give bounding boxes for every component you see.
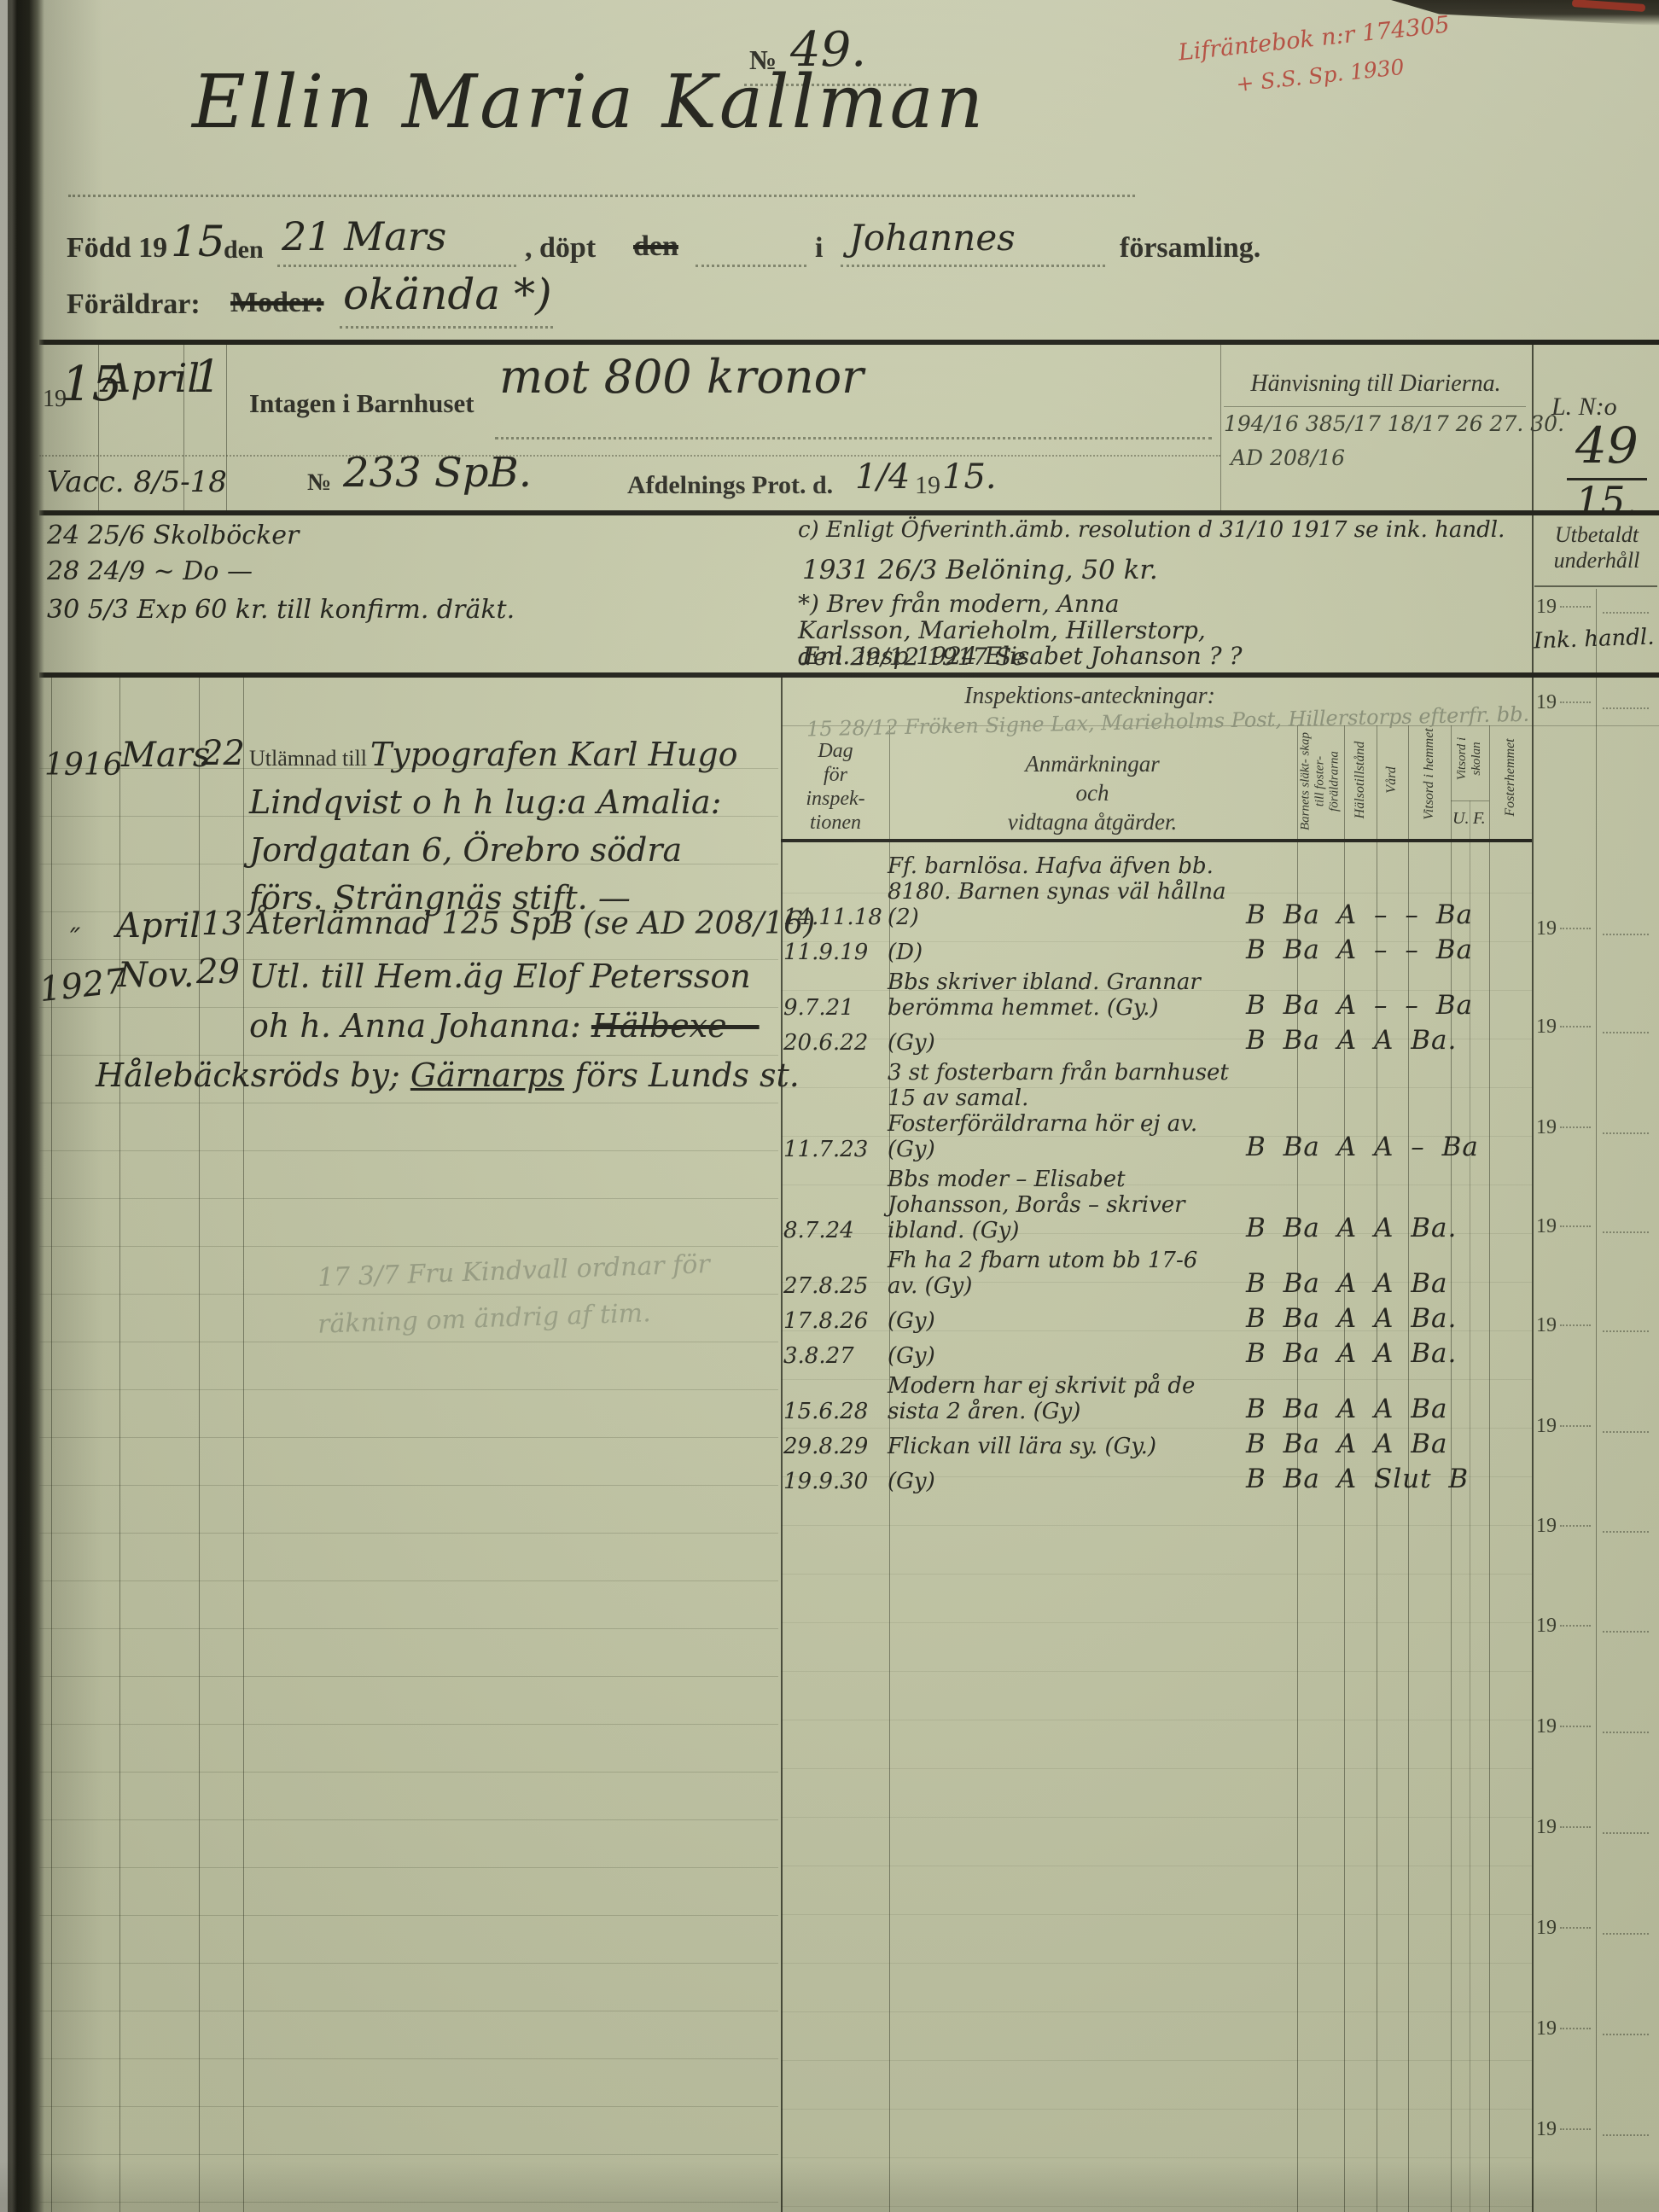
placement1-year: 1916 (44, 748, 123, 783)
paid-year-stub: 19 (1536, 1016, 1656, 1039)
red-archive-note-line1: Lifräntebok n:r 174305 (1177, 11, 1451, 66)
placement3-month: Nov. (118, 956, 195, 995)
placement1-month: Mars (121, 736, 210, 775)
inspection-row: 9.7.21Bbs skriver ibland. Grannar berömm… (783, 969, 1534, 1021)
born-label: Född 19 (67, 232, 167, 265)
inspection-row: 15.6.28Modern har ej skrivit på de sista… (783, 1373, 1534, 1424)
parents-value: okända *) (343, 270, 552, 319)
grid-line (1224, 406, 1526, 407)
lno-value: 49 (1575, 416, 1639, 474)
pencil-note-line2: räkning om ändrig af tim. (317, 1298, 652, 1340)
paid-year-stub: 19 (1536, 596, 1656, 619)
ledger-page: Lifräntebok n:r 174305 + S.S. Sp. 1930 №… (0, 0, 1659, 2212)
inspection-row: 8.7.24Bbs moder – Elisabet Johansson, Bo… (783, 1167, 1534, 1243)
paid-year-stub: 19 (1536, 1415, 1656, 1438)
placement1-text: Utlämnad till Typografen Karl Hugo Lindq… (249, 736, 795, 917)
placement3-struck-word: Hälbexe— (591, 1007, 760, 1045)
inspection-row: 11.7.233 st fosterbarn från barnhuset 15… (783, 1060, 1534, 1162)
grid-line (1451, 800, 1489, 801)
col-header-grade-school: Vitsord i skolan (1455, 722, 1484, 795)
parents-label: Föräldrar: (67, 288, 201, 321)
paid-header-line1: Utbetaldt (1536, 522, 1657, 548)
inspection-rows: 14.11.18Ff. barnlösa. Hafva äfven bb. 81… (783, 853, 1534, 1499)
diary-box-title: Hänvisning till Diarierna. (1224, 370, 1528, 398)
parents-moder-struck: Moder: (230, 287, 324, 319)
placement3-day: 29 (196, 952, 240, 992)
col-header-grade-home: Vitsord i hemmet (1422, 719, 1437, 829)
ink-handl-note: Ink. handl. (1534, 625, 1655, 655)
placement2-text: Återlämnad 125 SpB (se AD 208/16) (249, 906, 815, 941)
grid-line (1596, 589, 1597, 2212)
parish-label: församling. (1120, 232, 1260, 265)
child-name: Ellin Maria Kallman (192, 60, 1199, 145)
col-header-health: Hälsotillstånd (1353, 725, 1368, 835)
grid-line (51, 678, 52, 2212)
lno-year: 15. (1575, 478, 1638, 524)
diary-refs-line1: 194/16 385/17 18/17 26 27. 30. (1224, 411, 1564, 436)
col-header-inspection-day: Dag för inspek- tionen (783, 739, 888, 835)
baptized-label: , döpt (525, 232, 596, 265)
born-year-hand: 15 (171, 217, 225, 266)
placement1-day: 22 (201, 734, 245, 773)
placement1-label: Utlämnad till (249, 746, 367, 771)
col-header-fosterhome: Fosterhemmet (1503, 722, 1518, 833)
note-left-1: 24 25/6 Skolböcker (47, 521, 299, 550)
note-left-2: 28 24/9 ~ Do — (47, 556, 253, 586)
journal-numero-sign: № (307, 469, 331, 497)
note-left-3: 30 5/3 Exp 60 kr. till konfirm. dräkt. (47, 595, 515, 625)
placement2-year-ditto: ˝ (65, 923, 79, 956)
vaccination-note: Vacc. 8/5-18 (47, 465, 227, 499)
grid-line (39, 455, 1220, 457)
protocol-year-printed: 19 (915, 471, 940, 500)
paid-column-header: Utbetaldt underhåll (1536, 522, 1657, 573)
col-header-remarks: Anmärkningar och vidtagna åtgärder. (896, 749, 1289, 836)
baptized-den-struck: den (633, 230, 678, 263)
inspection-row: 3.8.27(Gy)B Ba A A Ba. (783, 1338, 1534, 1369)
placement3-year: 1927 (38, 962, 128, 1010)
placement3-line2: oh h. Anna Johanna: Hälbexe— (249, 1007, 760, 1045)
placement3-margin-word: Hålebäck (96, 1057, 251, 1094)
paid-year-stub: 19 (1536, 1816, 1656, 1839)
inspection-row: 17.8.26(Gy)B Ba A A Ba. (783, 1303, 1534, 1334)
paid-year-stub: 19 (1536, 2017, 1656, 2040)
name-underline (68, 195, 1135, 197)
placement3-line3: Hålebäcksröds by; Gärnarps förs Lunds st… (96, 1057, 800, 1094)
placement3-parish-underlined: Gärnarps (410, 1057, 564, 1094)
baptized-underline (696, 265, 806, 267)
rule-top-maintable (39, 672, 1659, 678)
den-label: den (224, 236, 264, 265)
intake-label: Intagen i Barnhuset (249, 388, 474, 419)
inspection-title: Inspektions-anteckningar: (964, 683, 1215, 710)
inspection-row: 27.8.25Fh ha 2 fbarn utom bb 17-6 av. (G… (783, 1248, 1534, 1299)
inspection-row: 14.11.18Ff. barnlösa. Hafva äfven bb. 81… (783, 853, 1534, 930)
paid-year-stub: 19 (1536, 1917, 1656, 1940)
paid-year-stub: 19 (1536, 1715, 1656, 1738)
red-archive-note-line2: + S.S. Sp. 1930 (1235, 55, 1406, 97)
intake-month: April (102, 355, 200, 401)
grid-line (243, 678, 244, 2212)
col-header-u: U. (1452, 809, 1469, 829)
col-header-relationship: Barnets släkt- skap till foster- föräldr… (1299, 726, 1342, 837)
book-binding-edge (0, 0, 44, 2212)
parish-underline (841, 265, 1105, 267)
paid-year-stub: 19 (1536, 1116, 1656, 1139)
note-right-4: Enl. insp 1924 Elisabet Johanson ? ? (802, 642, 1243, 670)
parents-underline (340, 326, 553, 329)
paid-year-stub: 19 (1536, 691, 1656, 714)
paid-year-stub: 19 (1536, 917, 1656, 940)
note-right-2: 1931 26/3 Belöning, 50 kr. (802, 555, 1158, 585)
paid-year-stub: 19 (1536, 1515, 1656, 1538)
inspection-row: 19.9.30(Gy)B Ba A Slut B (783, 1464, 1534, 1494)
placement2-day: 13 (201, 905, 242, 942)
parish-name: Johannes (849, 217, 1016, 259)
born-date: 21 Mars (282, 213, 446, 259)
inspection-row: 11.9.19(D)B Ba A – – Ba (783, 934, 1534, 965)
intake-day: 1 (193, 352, 221, 403)
grid-line (1220, 345, 1221, 510)
inspection-row: 29.8.29Flickan vill lära sy. (Gy.)B Ba A… (783, 1429, 1534, 1459)
diary-refs-line2: AD 208/16 (1231, 445, 1345, 470)
paid-year-stub: 19 (1536, 1615, 1656, 1638)
protocol-date: 1/4 (855, 457, 910, 497)
note-right-1: c) Enligt Öfverinth.ämb. resolution d 31… (798, 517, 1523, 543)
journal-number: 233 SpB. (343, 449, 532, 497)
col-header-care: Vård (1384, 725, 1400, 835)
rule-under-headers (781, 839, 1532, 842)
paid-header-line2: underhåll (1536, 548, 1657, 573)
placement3-line1: Utl. till Hem.äg Elof Petersson (249, 958, 751, 995)
protocol-year-hand: 15. (942, 457, 997, 497)
born-date-underline (277, 265, 516, 267)
intake-value: mot 800 kronor (499, 350, 864, 404)
in-label: i (815, 232, 823, 265)
rule-top-intake (39, 340, 1659, 345)
protocol-label: Afdelnings Prot. d. (627, 471, 833, 500)
pencil-note-line1: 17 3/7 Fru Kindvall ordnar för (317, 1249, 711, 1293)
col-header-f: F. (1473, 809, 1486, 829)
placement2-month: April (116, 906, 201, 946)
paid-year-stub: 19 (1536, 2118, 1656, 2141)
intake-underline (495, 437, 1212, 439)
inspection-row: 20.6.22(Gy)B Ba A A Ba. (783, 1025, 1534, 1056)
paid-year-stub: 19 (1536, 1215, 1656, 1238)
paid-year-stub: 19 (1536, 1314, 1656, 1337)
rule-top-notes (39, 510, 1659, 515)
grid-line (1534, 585, 1657, 587)
